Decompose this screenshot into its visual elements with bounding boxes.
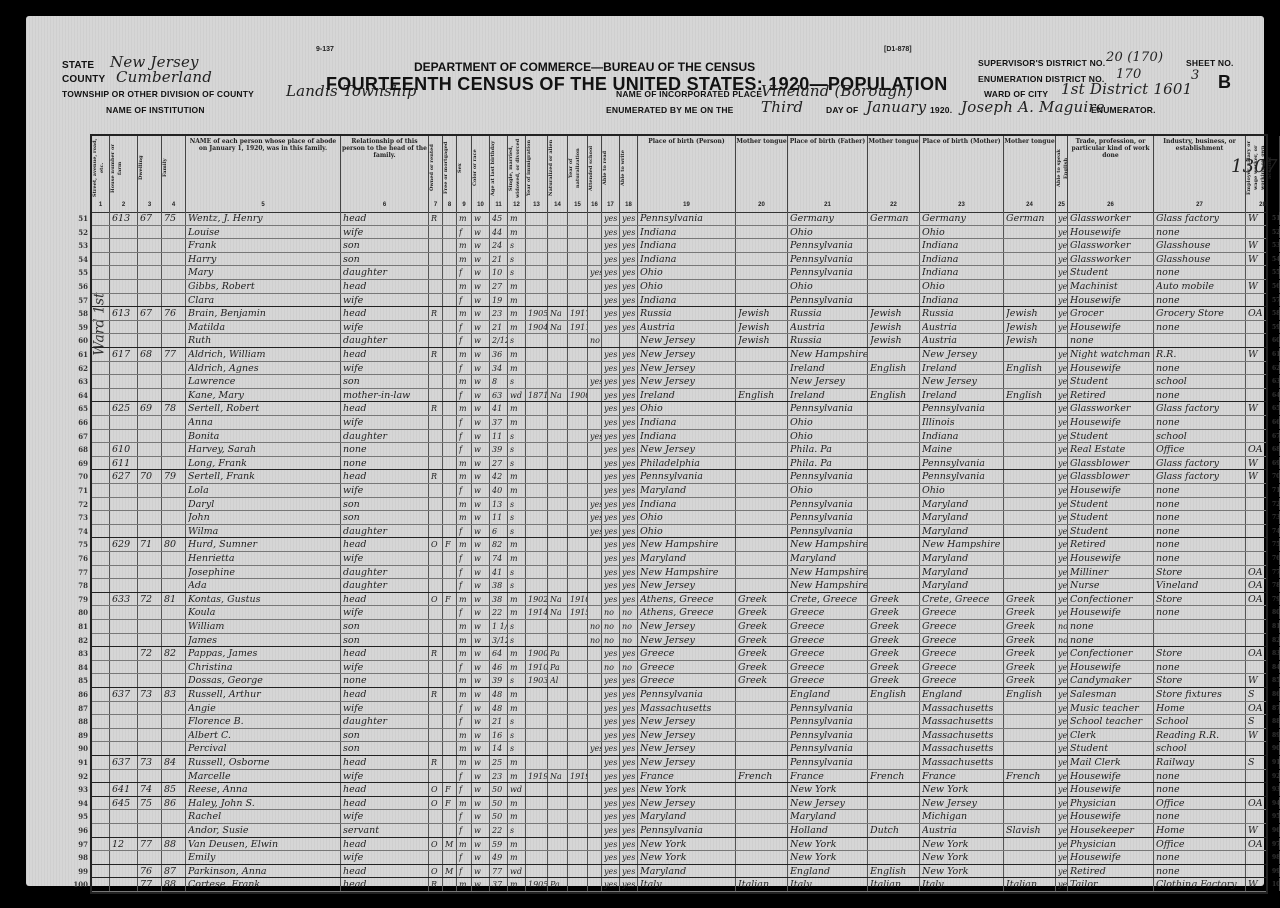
column-divider [507, 375, 508, 388]
cell-name: Pappas, James [188, 647, 340, 660]
column-divider [867, 661, 868, 674]
column-divider [109, 294, 110, 307]
cell-pob: Pennsylvania [640, 470, 735, 483]
column-divider [1245, 647, 1246, 660]
column-divider [1245, 375, 1246, 388]
column-divider [1245, 484, 1246, 497]
cell-mar: s [510, 253, 525, 266]
column-divider [787, 647, 788, 660]
column-divider [185, 634, 186, 647]
column-divider [787, 470, 788, 483]
cell-ind: Grocery Store [1156, 307, 1245, 320]
cell-pob: Pennsylvania [640, 688, 735, 701]
cell-sex: f [459, 770, 471, 783]
column-divider [471, 756, 472, 769]
column-label: Free or mortgaged [443, 138, 456, 198]
column-divider [787, 321, 788, 334]
column-divider [489, 334, 490, 347]
column-divider [428, 348, 429, 361]
cell-fam: 80 [164, 538, 185, 551]
cell-eng: yes [1058, 443, 1067, 456]
column-divider [161, 851, 162, 864]
cell-mpob: Austria [922, 824, 1003, 837]
cell-eng: yes [1058, 511, 1067, 524]
cell-pob: Indiana [640, 239, 735, 252]
column-divider [1153, 579, 1154, 592]
column-divider [428, 783, 429, 796]
cell-fpob: Ohio [790, 484, 867, 497]
column-divider [587, 525, 588, 538]
column-divider [601, 430, 602, 443]
column-divider [735, 389, 736, 402]
table-row: 8181Williamsonmw1 1/12snononoNew JerseyG… [92, 620, 1266, 634]
cell-sex: m [459, 688, 471, 701]
cell-emp: OA [1248, 702, 1279, 715]
line-number: 65 [70, 402, 88, 415]
column-divider [428, 212, 429, 225]
column-divider [161, 389, 162, 402]
column-divider [735, 865, 736, 878]
column-label: NAME of each person whose place of abode… [186, 138, 340, 152]
table-row: 61616176877Aldrich, WilliamheadRmw36myes… [92, 348, 1266, 362]
cell-fpob: Greece [790, 661, 867, 674]
enumerated-label: ENUMERATED BY ME ON THE [606, 105, 734, 115]
cell-race: w [474, 538, 489, 551]
column-divider [109, 729, 110, 742]
column-divider [919, 334, 920, 347]
column-divider [1153, 470, 1154, 483]
column-divider [1003, 770, 1004, 783]
column-divider [787, 606, 788, 619]
column-divider [637, 729, 638, 742]
cell-age: 37 [492, 878, 507, 891]
column-divider [1003, 470, 1004, 483]
column-divider [471, 647, 472, 660]
line-number: 72 [70, 498, 88, 511]
column-divider [567, 810, 568, 823]
column-divider [919, 674, 920, 687]
column-divider [507, 348, 508, 361]
cell-fpob: Phila. Pa [790, 457, 867, 470]
column-divider [1245, 470, 1246, 483]
column-divider [1067, 674, 1068, 687]
column-divider [619, 797, 620, 810]
column-divider [601, 226, 602, 239]
column-divider [185, 838, 186, 851]
column-header-18: Able to write18 [620, 136, 638, 212]
cell-read: yes [604, 593, 619, 606]
column-divider [456, 878, 457, 891]
cell-write: yes [622, 579, 637, 592]
column-divider [919, 416, 920, 429]
cell-fpob: New Hampshire [790, 566, 867, 579]
line-number: 79 [70, 593, 88, 606]
cell-dwell: 67 [140, 307, 161, 320]
column-divider [867, 389, 868, 402]
column-divider [489, 266, 490, 279]
cell-name: Florence B. [188, 715, 340, 728]
column-divider [340, 579, 341, 592]
column-divider [442, 334, 443, 347]
column-divider [1153, 729, 1154, 742]
column-divider [735, 280, 736, 293]
cell-age: 11 [492, 430, 507, 443]
column-divider [787, 878, 788, 891]
column-divider [1153, 307, 1154, 320]
cell-write: yes [622, 266, 637, 279]
cell-write: yes [622, 375, 637, 388]
column-divider [340, 688, 341, 701]
column-divider [1003, 620, 1004, 633]
column-header-19: Place of birth (Person)19 [638, 136, 736, 212]
column-divider [1055, 253, 1056, 266]
column-divider [1245, 634, 1246, 647]
column-divider [442, 538, 443, 551]
column-divider [161, 620, 162, 633]
column-divider [867, 348, 868, 361]
column-divider [525, 334, 526, 347]
column-divider [489, 593, 490, 606]
cell-pob: New Jersey [640, 620, 735, 633]
column-divider [587, 470, 588, 483]
cell-emp: W [1248, 348, 1279, 361]
column-divider [1003, 742, 1004, 755]
column-divider [185, 824, 186, 837]
column-divider [442, 443, 443, 456]
column-divider [1055, 484, 1056, 497]
column-divider [161, 484, 162, 497]
column-divider [185, 538, 186, 551]
cell-pob: Pennsylvania [640, 212, 735, 225]
column-divider [787, 348, 788, 361]
cell-mar: s [510, 498, 525, 511]
cell-read: yes [604, 389, 619, 402]
cell-mpob: Austria [922, 321, 1003, 334]
column-divider [1003, 674, 1004, 687]
column-divider [547, 552, 548, 565]
column-divider [587, 634, 588, 647]
cell-dwell: 73 [140, 756, 161, 769]
column-divider [1003, 579, 1004, 592]
cell-sex: m [459, 307, 471, 320]
cell-mar: m [510, 552, 525, 565]
column-divider [867, 824, 868, 837]
cell-eng: yes [1058, 280, 1067, 293]
column-divider [525, 552, 526, 565]
cell-ind: none [1156, 266, 1245, 279]
column-divider [109, 810, 110, 823]
column-divider [109, 321, 110, 334]
cell-ind: none [1156, 865, 1245, 878]
cell-mar: m [510, 538, 525, 551]
column-divider [567, 661, 568, 674]
column-divider [340, 294, 341, 307]
column-divider [1055, 593, 1056, 606]
cell-fpob: Greece [790, 620, 867, 633]
column-divider [601, 606, 602, 619]
column-divider [340, 593, 341, 606]
cell-write: yes [622, 770, 637, 783]
cell-eng: yes [1058, 729, 1067, 742]
column-divider [109, 593, 110, 606]
column-divider [507, 443, 508, 456]
cell-mt: Greek [738, 647, 787, 660]
column-divider [471, 212, 472, 225]
column-divider [1003, 280, 1004, 293]
column-divider [919, 294, 920, 307]
column-divider [567, 321, 568, 334]
column-divider [489, 294, 490, 307]
cell-mmt: Greek [1006, 634, 1055, 647]
cell-imm: 1903 [528, 674, 547, 687]
column-divider [867, 511, 868, 524]
column-divider [587, 334, 588, 347]
column-divider [507, 253, 508, 266]
column-divider [1003, 375, 1004, 388]
column-divider [428, 715, 429, 728]
cell-name: Rachel [188, 810, 340, 823]
column-divider [109, 674, 110, 687]
cell-eng: yes [1058, 226, 1067, 239]
cell-eng: yes [1058, 430, 1067, 443]
column-divider [1003, 797, 1004, 810]
column-divider [185, 674, 186, 687]
column-divider [919, 797, 920, 810]
cell-write: yes [622, 348, 637, 361]
cell-read: yes [604, 770, 619, 783]
cell-mpob: Greece [922, 674, 1003, 687]
cell-sex: m [459, 402, 471, 415]
cell-pob: Athens, Greece [640, 593, 735, 606]
cell-eng: yes [1058, 566, 1067, 579]
column-divider [619, 457, 620, 470]
column-divider [919, 566, 920, 579]
column-divider [1245, 389, 1246, 402]
column-divider [735, 770, 736, 783]
column-divider [1055, 375, 1056, 388]
cell-mpob: Greece [922, 647, 1003, 660]
column-divider [567, 498, 568, 511]
column-divider [456, 511, 457, 524]
column-divider [567, 838, 568, 851]
column-divider [787, 280, 788, 293]
cell-ten: O [431, 783, 442, 796]
column-divider [471, 470, 472, 483]
column-divider [456, 334, 457, 347]
column-divider [637, 552, 638, 565]
cell-eng: yes [1058, 389, 1067, 402]
table-row: 70706277079Sertell, FrankheadRmw42myesye… [92, 470, 1266, 484]
cell-age: 10 [492, 266, 507, 279]
column-divider [525, 851, 526, 864]
column-divider [428, 661, 429, 674]
cell-race: w [474, 470, 489, 483]
column-divider [1067, 307, 1068, 320]
cell-ind: none [1156, 226, 1245, 239]
cell-mar: m [510, 797, 525, 810]
column-divider [507, 579, 508, 592]
column-divider [137, 362, 138, 375]
cell-mar: m [510, 702, 525, 715]
column-divider [161, 742, 162, 755]
column-divider [787, 797, 788, 810]
column-header-22: Mother tongue22 [868, 136, 920, 212]
cell-age: 36 [492, 348, 507, 361]
cell-ind: R.R. [1156, 348, 1245, 361]
column-divider [161, 702, 162, 715]
cell-race: w [474, 593, 489, 606]
column-divider [1003, 307, 1004, 320]
column-divider [137, 470, 138, 483]
column-divider [787, 824, 788, 837]
cell-write: yes [622, 756, 637, 769]
column-label: Mother tongue [1004, 138, 1055, 145]
column-divider [867, 443, 868, 456]
column-divider [567, 389, 568, 402]
column-divider [919, 742, 920, 755]
cell-write: no [622, 606, 637, 619]
column-divider [161, 810, 162, 823]
column-divider [525, 742, 526, 755]
column-divider [1055, 797, 1056, 810]
cell-house: 625 [112, 402, 137, 415]
column-divider [428, 430, 429, 443]
column-divider [161, 280, 162, 293]
cell-mar: m [510, 348, 525, 361]
column-divider [442, 430, 443, 443]
column-divider [1055, 824, 1056, 837]
column-divider [471, 484, 472, 497]
cell-eng: yes [1058, 253, 1067, 266]
column-divider [919, 266, 920, 279]
cell-mar: wd [510, 783, 525, 796]
cell-ind: School [1156, 715, 1245, 728]
column-label: Owned or rented [429, 138, 442, 198]
cell-race: w [474, 661, 489, 674]
column-divider [619, 688, 620, 701]
column-divider [619, 525, 620, 538]
column-divider [637, 253, 638, 266]
column-divider [919, 688, 920, 701]
cell-read: yes [604, 443, 619, 456]
line-number: 53 [70, 239, 88, 252]
column-divider [1067, 402, 1068, 415]
column-divider [735, 824, 736, 837]
column-divider [601, 797, 602, 810]
cell-house: 617 [112, 348, 137, 361]
column-divider [1245, 294, 1246, 307]
table-row: 79796337281Kontas, GustusheadOFmw38m1902… [92, 593, 1266, 607]
cell-read: yes [604, 838, 619, 851]
column-divider [1003, 838, 1004, 851]
column-divider [1055, 770, 1056, 783]
column-divider [1245, 226, 1246, 239]
column-divider [507, 552, 508, 565]
line-number: 91 [70, 756, 88, 769]
cell-occ: none [1070, 334, 1153, 347]
cell-rel: son [343, 253, 428, 266]
column-divider [428, 606, 429, 619]
column-divider [1153, 647, 1154, 660]
column-divider [442, 307, 443, 320]
column-divider [137, 770, 138, 783]
column-divider [637, 538, 638, 551]
column-divider [137, 511, 138, 524]
column-divider [1055, 606, 1056, 619]
column-divider [919, 634, 920, 647]
column-number: 3 [138, 202, 161, 208]
column-divider [1067, 606, 1068, 619]
line-number: 55 [70, 266, 88, 279]
cell-age: 2/12 [492, 334, 507, 347]
column-header-8: Free or mortgaged8 [443, 136, 457, 212]
column-divider [489, 538, 490, 551]
cell-fpob: Austria [790, 321, 867, 334]
column-header-17: Able to read17 [602, 136, 620, 212]
table-row: 6666Annawifefw37myesyesIndianaOhioIllino… [92, 416, 1266, 430]
cell-name: Harry [188, 253, 340, 266]
column-divider [735, 838, 736, 851]
cell-rel: none [343, 457, 428, 470]
cell-race: w [474, 430, 489, 443]
cell-occ: Housewife [1070, 226, 1153, 239]
column-divider [340, 702, 341, 715]
column-divider [340, 770, 341, 783]
cell-occ: Clerk [1070, 729, 1153, 742]
cell-name: Frank [188, 239, 340, 252]
column-divider [471, 838, 472, 851]
column-divider [1003, 593, 1004, 606]
cell-rel: servant [343, 824, 428, 837]
column-divider [428, 362, 429, 375]
column-divider [547, 416, 548, 429]
cell-age: 40 [492, 484, 507, 497]
column-divider [161, 511, 162, 524]
cell-race: w [474, 307, 489, 320]
column-divider [489, 729, 490, 742]
column-divider [137, 715, 138, 728]
line-number: 56 [70, 280, 88, 293]
cell-age: 21 [492, 321, 507, 334]
column-divider [587, 702, 588, 715]
column-divider [735, 525, 736, 538]
column-divider [1055, 362, 1056, 375]
cell-mpob: Maryland [922, 552, 1003, 565]
cell-rel: son [343, 634, 428, 647]
cell-pob: Maryland [640, 552, 735, 565]
column-divider [185, 416, 186, 429]
column-divider [547, 756, 548, 769]
column-divider [619, 443, 620, 456]
cell-occ: Confectioner [1070, 593, 1153, 606]
cell-ind: none [1156, 389, 1245, 402]
column-divider [442, 606, 443, 619]
cell-sex: f [459, 321, 471, 334]
column-divider [456, 362, 457, 375]
column-divider [1153, 797, 1154, 810]
column-divider [1153, 810, 1154, 823]
column-divider [637, 226, 638, 239]
column-divider [867, 715, 868, 728]
column-divider [867, 402, 868, 415]
column-divider [587, 878, 588, 891]
column-label: Able to read [602, 138, 619, 198]
cell-read: yes [604, 307, 619, 320]
column-divider [340, 457, 341, 470]
column-divider [601, 348, 602, 361]
cell-emp: S [1248, 688, 1279, 701]
cell-occ: Confectioner [1070, 647, 1153, 660]
